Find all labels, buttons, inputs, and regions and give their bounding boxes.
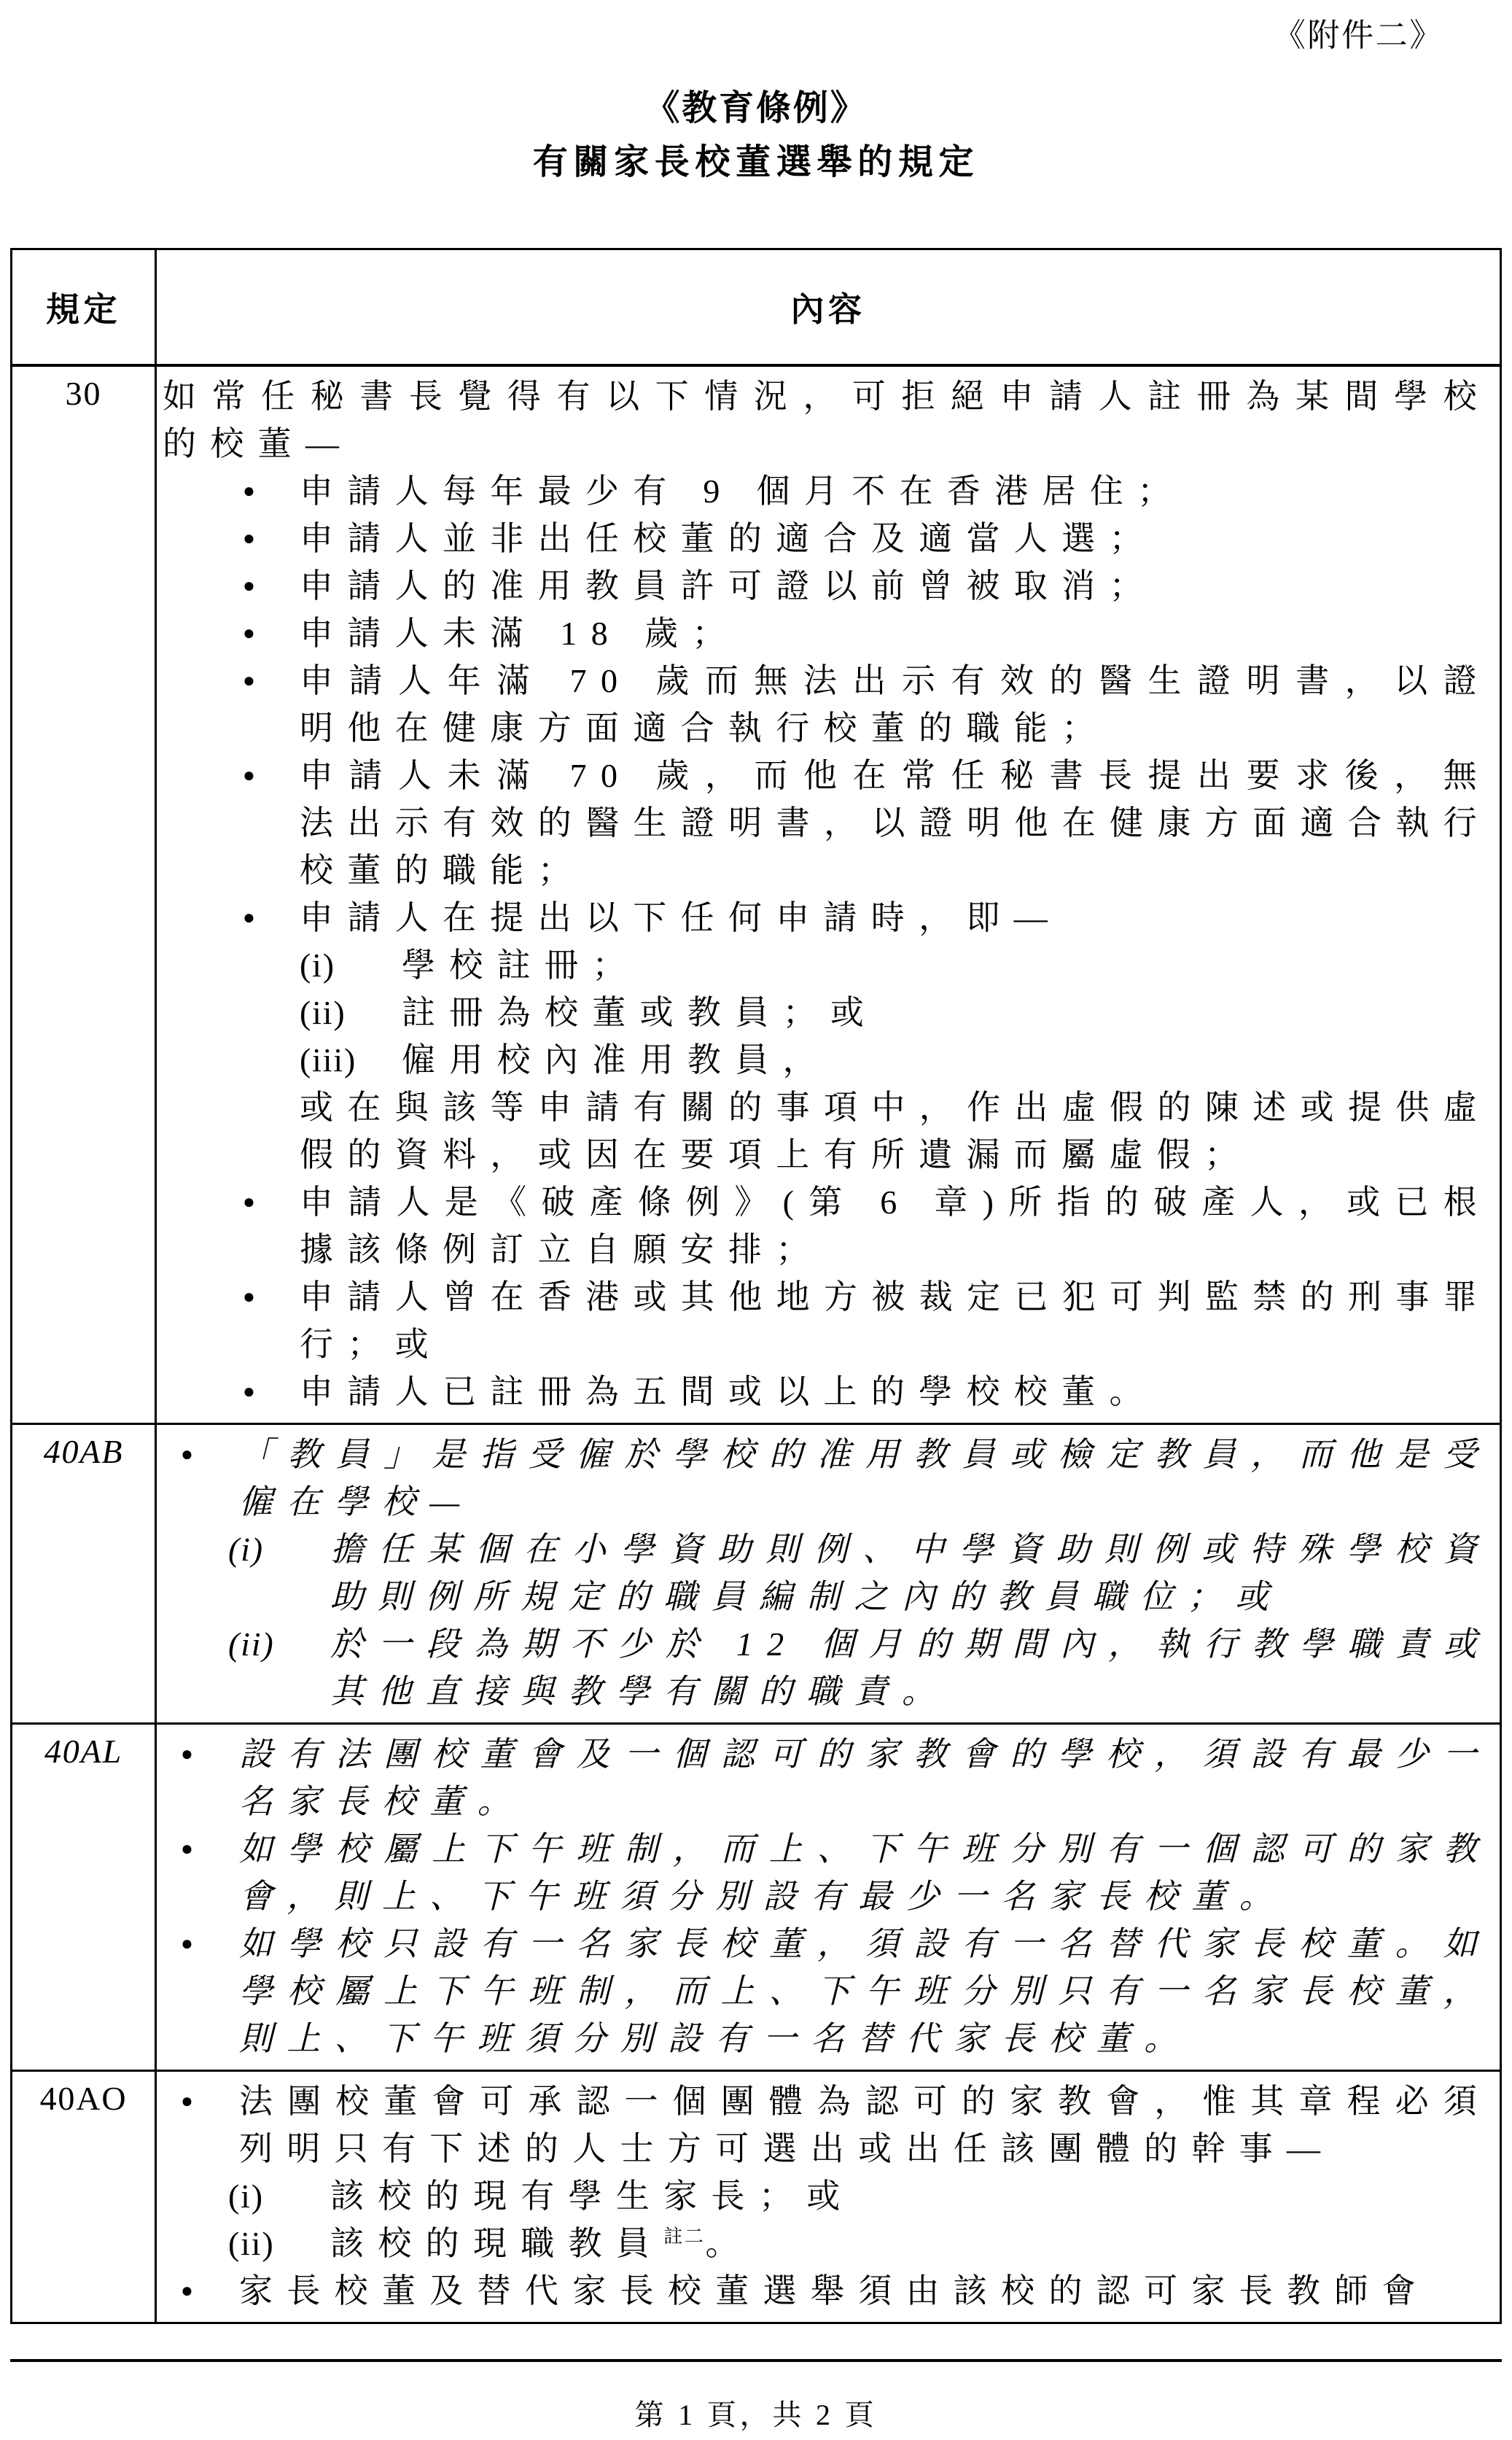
attachment-label: 《附件二》 — [1274, 9, 1443, 55]
bullet-item: ●申請人並非出任校董的適合及適當人選； — [163, 515, 1491, 562]
bullet-text: 申請人每年最少有 9 個月不在香港居住； — [300, 467, 1491, 515]
bullet-icon: ● — [243, 562, 300, 610]
bullet-item: ●設有法團校董會及一個認可的家教會的學校，須設有最少一名家長校董。 — [163, 1730, 1491, 1825]
footer-divider — [10, 2359, 1502, 2362]
footnote-marker: 註二 — [663, 2226, 705, 2247]
sub-item: (ii)該校的現職教員註二。 — [163, 2220, 1491, 2267]
title-block: 《教育條例》 有關家長校董選舉的規定 — [0, 82, 1512, 190]
bullet-item: ●申請人未滿 70 歲，而他在常任秘書長提出要求後，無法出示有效的醫生證明書，以… — [163, 752, 1491, 894]
regulation-row: 40AL●設有法團校董會及一個認可的家教會的學校，須設有最少一名家長校董。●如學… — [12, 1724, 1501, 2071]
sub-item-label: (ii) — [300, 989, 402, 1036]
regulation-content: 如常任秘書長覺得有以下情況，可拒絕申請人註冊為某間學校的校董—●申請人每年最少有… — [156, 365, 1501, 1424]
sub-item-text: 僱用校內准用教員， — [402, 1036, 1491, 1084]
table-header-row: 規定 內容 — [12, 249, 1501, 366]
bullet-text: 設有法團校董會及一個認可的家教會的學校，須設有最少一名家長校董。 — [239, 1730, 1491, 1825]
bullet-icon: ● — [181, 2078, 239, 2172]
sub-item-text: 擔任某個在小學資助則例、中學資助則例或特殊學校資助則例所規定的職員編制之內的教員… — [330, 1526, 1491, 1620]
bullet-text: 申請人在提出以下任何申請時，即— — [300, 894, 1491, 941]
bullet-item: ●申請人的准用教員許可證以前曾被取消； — [163, 562, 1491, 610]
sub-item-label: (i) — [300, 941, 402, 989]
sub-item-text: 該校的現職教員註二。 — [330, 2220, 1491, 2267]
bullet-icon: ● — [243, 1368, 300, 1415]
bullet-item: ●家長校董及替代家長校董選舉須由該校的認可家長教師會 — [163, 2267, 1491, 2315]
bullet-text: 如學校只設有一名家長校董，須設有一名替代家長校董。如學校屬上下午班制，而上、下午… — [239, 1920, 1491, 2062]
bullet-icon: ● — [181, 1730, 239, 1825]
sub-item-label: (i) — [228, 2172, 330, 2220]
sub-item-text: 註冊為校董或教員；或 — [402, 989, 1491, 1036]
sub-item: (i)擔任某個在小學資助則例、中學資助則例或特殊學校資助則例所規定的職員編制之內… — [163, 1526, 1491, 1620]
sub-item-text: 學校註冊； — [402, 941, 1491, 989]
bullet-item: ●申請人未滿 18 歲； — [163, 610, 1491, 657]
bullet-text: 家長校董及替代家長校董選舉須由該校的認可家長教師會 — [239, 2267, 1491, 2315]
regulations-table: 規定 內容 30如常任秘書長覺得有以下情況，可拒絕申請人註冊為某間學校的校董—●… — [10, 248, 1502, 2324]
regulation-content: ●法團校董會可承認一個團體為認可的家教會，惟其章程必須列明只有下述的人士方可選出… — [156, 2071, 1501, 2323]
bullet-icon: ● — [243, 467, 300, 515]
table-header-content: 內容 — [156, 249, 1501, 366]
document-page: 《附件二》 《教育條例》 有關家長校董選舉的規定 規定 內容 30如常任秘書長覺… — [0, 0, 1512, 2440]
bullet-text: 申請人未滿 70 歲，而他在常任秘書長提出要求後，無法出示有效的醫生證明書，以證… — [300, 752, 1491, 894]
bullet-icon: ● — [243, 894, 300, 941]
page-number: 第 1 頁，共 2 頁 — [0, 2392, 1512, 2433]
sub-item: (ii)註冊為校董或教員；或 — [163, 989, 1491, 1036]
bullet-item: ●申請人每年最少有 9 個月不在香港居住； — [163, 467, 1491, 515]
intro-paragraph: 如常任秘書長覺得有以下情況，可拒絕申請人註冊為某間學校的校董— — [163, 373, 1491, 467]
bullet-icon: ● — [181, 2267, 239, 2315]
bullet-item: ●申請人曾在香港或其他地方被裁定已犯可判監禁的刑事罪行；或 — [163, 1273, 1491, 1368]
doc-subtitle: 有關家長校董選舉的規定 — [0, 136, 1512, 190]
sub-item: (iii)僱用校內准用教員， — [163, 1036, 1491, 1084]
bullet-icon: ● — [243, 657, 300, 752]
table-header-regulation: 規定 — [12, 249, 156, 366]
bullet-item: ●如學校只設有一名家長校董，須設有一名替代家長校董。如學校屬上下午班制，而上、下… — [163, 1920, 1491, 2062]
sub-item-text: 該校的現有學生家長；或 — [330, 2172, 1491, 2220]
regulation-row: 40AB●「教員」是指受僱於學校的准用教員或檢定教員，而他是受僱在學校—(i)擔… — [12, 1424, 1501, 1724]
sub-item: (ii)於一段為期不少於 12 個月的期間內，執行教學職責或其他直接與教學有關的… — [163, 1620, 1491, 1715]
regulation-row: 30如常任秘書長覺得有以下情況，可拒絕申請人註冊為某間學校的校董—●申請人每年最… — [12, 365, 1501, 1424]
regulation-content: ●「教員」是指受僱於學校的准用教員或檢定教員，而他是受僱在學校—(i)擔任某個在… — [156, 1424, 1501, 1724]
bullet-item: ●如學校屬上下午班制，而上、下午班分別有一個認可的家教會，則上、下午班須分別設有… — [163, 1825, 1491, 1920]
bullet-text: 「教員」是指受僱於學校的准用教員或檢定教員，而他是受僱在學校— — [239, 1431, 1491, 1526]
bullet-icon: ● — [181, 1825, 239, 1920]
bullet-icon: ● — [181, 1431, 239, 1526]
bullet-icon: ● — [243, 752, 300, 894]
bullet-text: 如學校屬上下午班制，而上、下午班分別有一個認可的家教會，則上、下午班須分別設有最… — [239, 1825, 1491, 1920]
bullet-item: ●申請人已註冊為五間或以上的學校校董。 — [163, 1368, 1491, 1415]
regulation-id: 40AB — [12, 1424, 156, 1724]
bullet-text: 申請人是《破產條例》(第 6 章)所指的破產人，或已根據該條例訂立自願安排； — [300, 1178, 1491, 1273]
sub-item-label: (iii) — [300, 1036, 402, 1084]
sub-item: (i)該校的現有學生家長；或 — [163, 2172, 1491, 2220]
bullet-text: 申請人曾在香港或其他地方被裁定已犯可判監禁的刑事罪行；或 — [300, 1273, 1491, 1368]
regulation-id: 40AL — [12, 1724, 156, 2071]
bullet-item: ●「教員」是指受僱於學校的准用教員或檢定教員，而他是受僱在學校— — [163, 1431, 1491, 1526]
regulation-row: 40AO●法團校董會可承認一個團體為認可的家教會，惟其章程必須列明只有下述的人士… — [12, 2071, 1501, 2323]
doc-title: 《教育條例》 — [0, 82, 1512, 136]
sub-item: (i)學校註冊； — [163, 941, 1491, 989]
sub-item-label: (i) — [228, 1526, 330, 1620]
bullet-icon: ● — [243, 1273, 300, 1368]
bullet-text: 申請人已註冊為五間或以上的學校校董。 — [300, 1368, 1491, 1415]
regulation-id: 40AO — [12, 2071, 156, 2323]
bullet-item: ●申請人在提出以下任何申請時，即— — [163, 894, 1491, 941]
bullet-text: 申請人年滿 70 歲而無法出示有效的醫生證明書，以證明他在健康方面適合執行校董的… — [300, 657, 1491, 752]
bullet-text: 申請人的准用教員許可證以前曾被取消； — [300, 562, 1491, 610]
continuation-paragraph: 或在與該等申請有關的事項中，作出虛假的陳述或提供虛假的資料，或因在要項上有所遺漏… — [300, 1084, 1491, 1178]
bullet-icon: ● — [243, 1178, 300, 1273]
bullet-text: 法團校董會可承認一個團體為認可的家教會，惟其章程必須列明只有下述的人士方可選出或… — [239, 2078, 1491, 2172]
sub-item-label: (ii) — [228, 2220, 330, 2267]
regulation-content: ●設有法團校董會及一個認可的家教會的學校，須設有最少一名家長校董。●如學校屬上下… — [156, 1724, 1501, 2071]
bullet-item: ●申請人是《破產條例》(第 6 章)所指的破產人，或已根據該條例訂立自願安排； — [163, 1178, 1491, 1273]
bullet-text: 申請人未滿 18 歲； — [300, 610, 1491, 657]
bullet-icon: ● — [243, 515, 300, 562]
bullet-icon: ● — [181, 1920, 239, 2062]
regulation-id: 30 — [12, 365, 156, 1424]
bullet-item: ●法團校董會可承認一個團體為認可的家教會，惟其章程必須列明只有下述的人士方可選出… — [163, 2078, 1491, 2172]
bullet-icon: ● — [243, 610, 300, 657]
table-body: 30如常任秘書長覺得有以下情況，可拒絕申請人註冊為某間學校的校董—●申請人每年最… — [12, 365, 1501, 2323]
sub-item-text: 於一段為期不少於 12 個月的期間內，執行教學職責或其他直接與教學有關的職責。 — [330, 1620, 1491, 1715]
bullet-text: 申請人並非出任校董的適合及適當人選； — [300, 515, 1491, 562]
bullet-item: ●申請人年滿 70 歲而無法出示有效的醫生證明書，以證明他在健康方面適合執行校董… — [163, 657, 1491, 752]
sub-item-label: (ii) — [228, 1620, 330, 1715]
